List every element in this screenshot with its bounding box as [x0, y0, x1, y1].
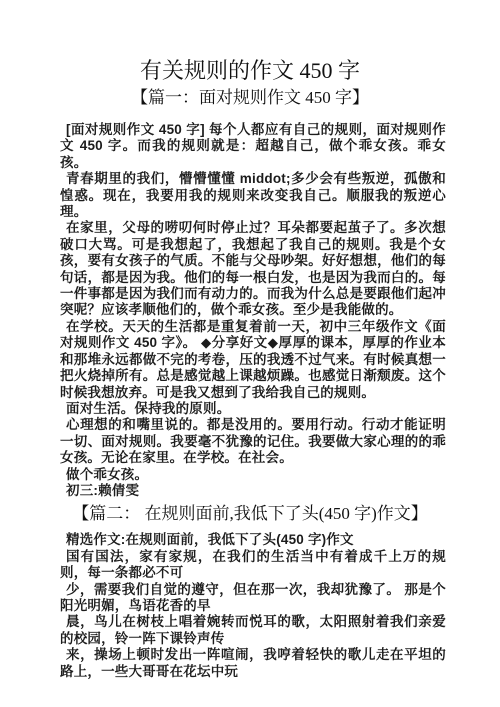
essay1-author-line: 初三:赖倩雯 [60, 483, 446, 499]
essay2-paragraph-4: 来，操场上顿时发出一阵喧闹，我哼着轻快的歌儿走在平坦的路上，一些大哥哥在花坛中玩 [60, 647, 446, 680]
essay1-paragraph-7: 做个乖女孩。 [60, 467, 446, 483]
essay1-body: [面对规则作文 450 字] 每个人都应有自己的规则，面对规则作文 450 字。… [60, 122, 446, 499]
essay2-paragraph-2: 少，需要我们自觉的遵守，但在那一次，我却犹豫了。 那是个阳光明媚，鸟语花香的早 [60, 582, 446, 615]
essay2-section-header: 【篇二： 在规则面前,我低下了头(450 字)作文】 [0, 502, 500, 526]
essay1-paragraph-1: [面对规则作文 450 字] 每个人都应有自己的规则，面对规则作文 450 字。… [60, 122, 446, 171]
essay2-paragraph-1: 国有国法，家有家规，在我们的生活当中有着成千上万的规则，每一条都必不可 [60, 549, 446, 582]
essay2-intro-line: 精选作文:在规则面前，我低下了头(450 字)作文 [60, 532, 446, 548]
page-title: 有关规则的作文 450 字 [0, 56, 500, 86]
essay1-paragraph-6: 心理想的和嘴里说的。都是没用的。要用行动。行动才能证明一切、面对规则。我要毫不犹… [60, 417, 446, 466]
essay2-paragraph-3: 晨，鸟儿在树枝上唱着婉转而悦耳的歌，太阳照射着我们亲爱的校园，铃一阵下课铃声传 [60, 614, 446, 647]
essay1-section-header: 【篇一：面对规则作文 450 字】 [0, 86, 500, 110]
essay1-paragraph-3: 在家里，父母的唠叨何时停止过？耳朵都要起茧子了。多次想破口大骂。可是我想起了，我… [60, 220, 446, 318]
essay1-paragraph-4: 在学校。天天的生活都是重复着前一天，初中三年级作文《面对规则作文 450 字》。… [60, 319, 446, 401]
document-page: 有关规则的作文 450 字 【篇一：面对规则作文 450 字】 [面对规则作文 … [0, 0, 500, 707]
essay1-paragraph-2: 青春期里的我们，懵懵懂懂 middot;多少会有些叛逆，孤傲和惶惑。现在，我要用… [60, 171, 446, 220]
essay2-body: 精选作文:在规则面前，我低下了头(450 字)作文 国有国法，家有家规，在我们的… [60, 532, 446, 680]
essay1-paragraph-5: 面对生活。保持我的原则。 [60, 401, 446, 417]
